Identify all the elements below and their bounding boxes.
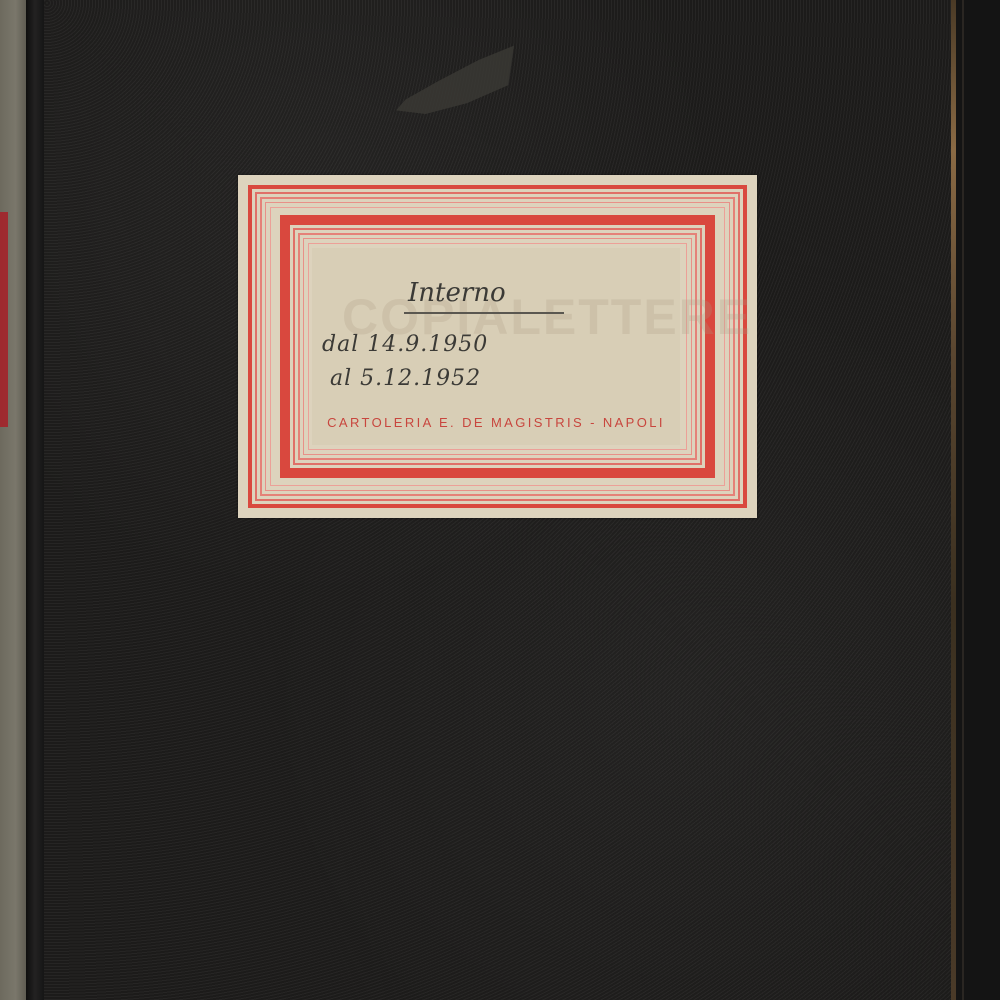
label-writing-area: COPIALETTERE Interno dal 14.9.1950 al 5.… xyxy=(312,248,680,445)
adjacent-book-edge xyxy=(0,0,26,1000)
adjacent-book-red-mark xyxy=(0,212,8,427)
cover-scuff-mark xyxy=(396,42,514,114)
handwritten-start-date: dal 14.9.1950 xyxy=(322,332,488,357)
stationer-imprint: CARTOLERIA E. DE MAGISTRIS - NAPOLI xyxy=(312,415,680,430)
back-cover-line xyxy=(962,0,964,1000)
handwritten-title: Interno xyxy=(408,278,506,308)
title-underline xyxy=(404,312,564,314)
handwritten-end-date: al 5.12.1952 xyxy=(330,366,481,391)
cover-label: COPIALETTERE Interno dal 14.9.1950 al 5.… xyxy=(238,175,757,518)
book-spine xyxy=(26,0,44,1000)
